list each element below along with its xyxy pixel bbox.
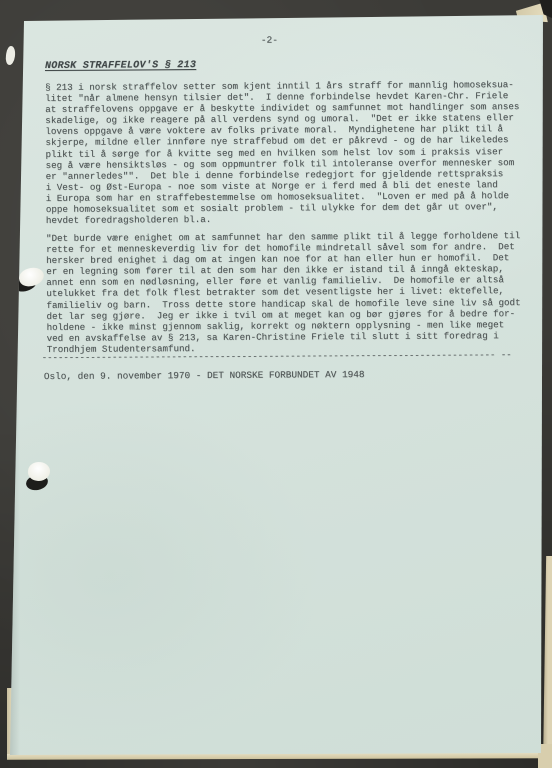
document-page: -2- NORSK STRAFFELOV'S § 213 § 213 i nor… (0, 0, 552, 768)
document-title: NORSK STRAFFELOV'S § 213 (45, 60, 196, 72)
footer-dateline: Oslo, den 9. november 1970 - DET NORSKE … (44, 369, 365, 382)
paragraph-1: § 213 i norsk straffelov setter som kjen… (45, 79, 520, 226)
scanned-photo-background: -2- NORSK STRAFFELOV'S § 213 § 213 i nor… (0, 0, 552, 768)
typed-divider-line: ----------------------------------------… (42, 350, 520, 363)
typewritten-text-block: -2- NORSK STRAFFELOV'S § 213 § 213 i nor… (0, 0, 552, 768)
page-number: -2- (261, 35, 278, 46)
paper-edge-chip (5, 45, 17, 65)
paragraph-2: "Det burde være enighet om at samfunnet … (46, 230, 521, 355)
backing-sheet-right-edge (543, 556, 552, 768)
